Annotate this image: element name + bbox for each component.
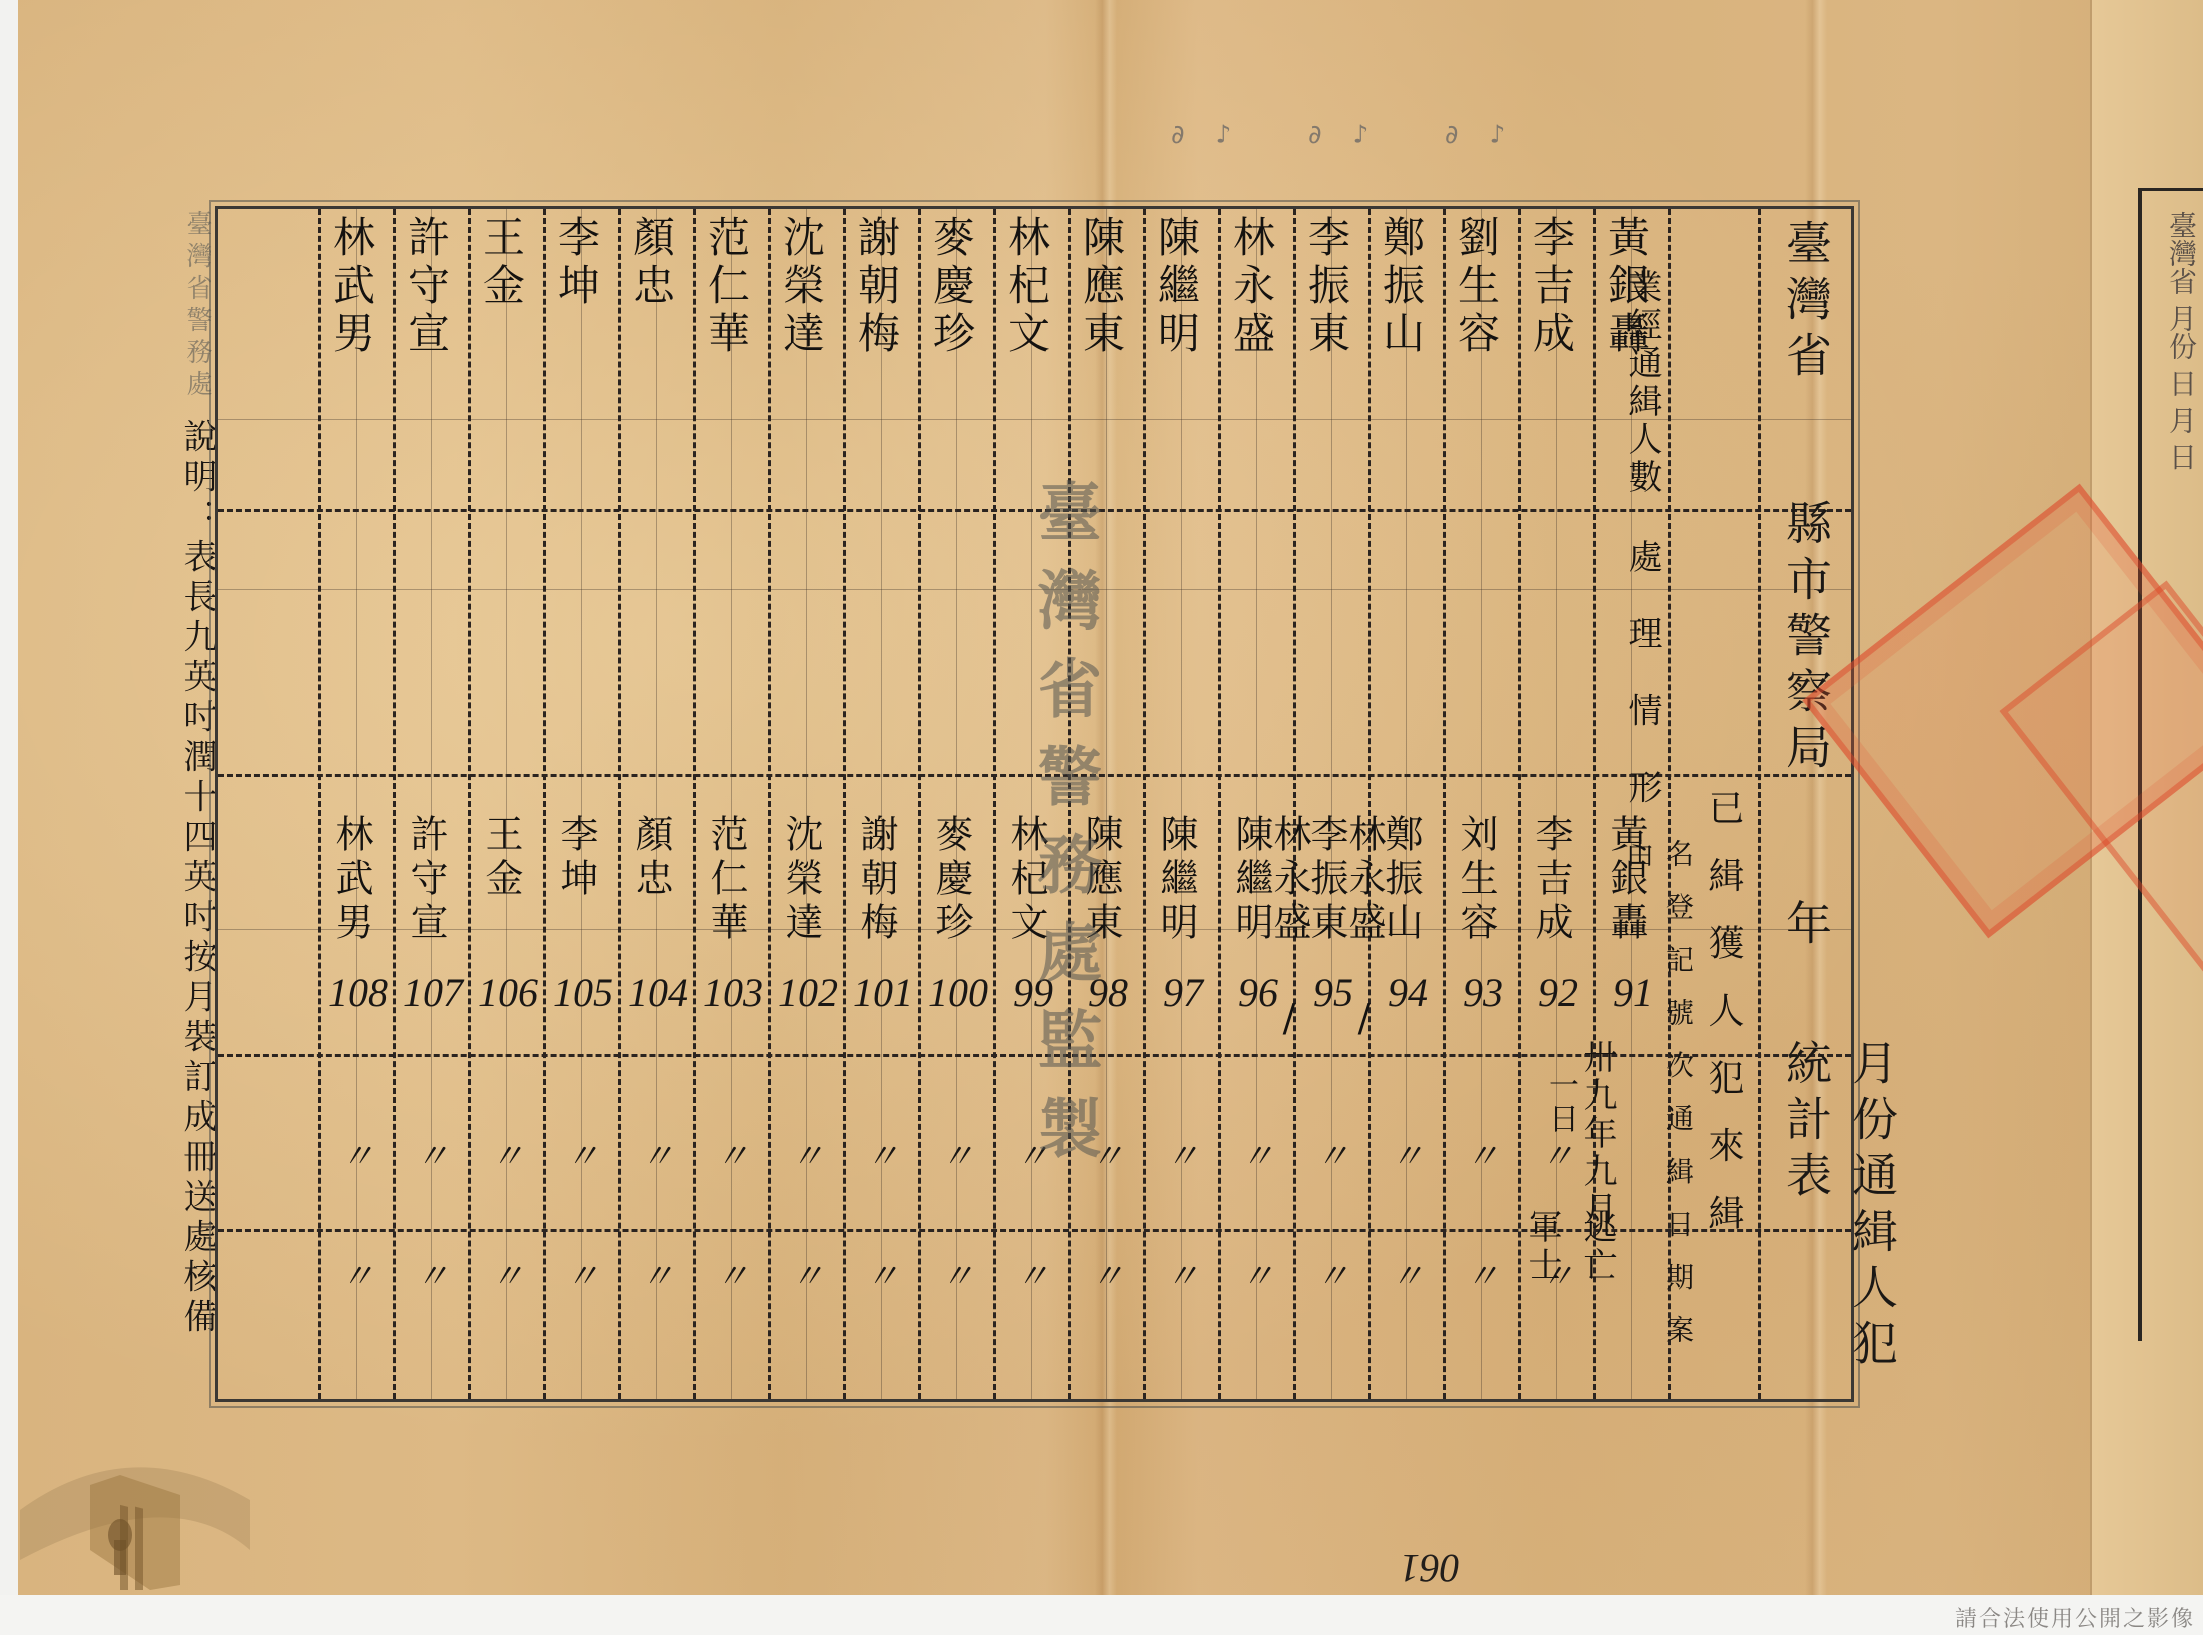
header-bureau: 縣市警察局 xyxy=(1773,499,1839,779)
column-divider xyxy=(543,209,546,1399)
record-name: 沈榮達 xyxy=(782,814,820,1054)
column-divider xyxy=(393,209,396,1399)
record-number: 92 xyxy=(1518,969,1598,1016)
ditto-mark-remark: 〃 xyxy=(1315,1249,1349,1298)
wanted-date-day: 一日 xyxy=(1538,1069,1582,1137)
ditto-mark-remark: 〃 xyxy=(940,1249,974,1298)
record-name: 許守宣 xyxy=(407,814,445,1054)
wanted-reason-2: 軍士 xyxy=(1518,1209,1567,1285)
record-number: 104 xyxy=(618,969,698,1016)
printed-form-title: 臺灣省警務處監製 xyxy=(1018,479,1110,1183)
side-note-handwritten: 說明：表長九英吋潤十四英吋按月裝訂成冊送處核備 xyxy=(177,419,217,1339)
ditto-mark-handling: 〃 xyxy=(1240,1129,1274,1178)
side-note-printed: 臺灣省警務處 xyxy=(182,210,212,402)
column-divider xyxy=(1443,209,1446,1399)
ditto-mark-remark: 〃 xyxy=(1240,1249,1274,1298)
record-name: 麥慶珍 xyxy=(932,814,970,1054)
column-divider xyxy=(318,209,321,1399)
ditto-mark-handling: 〃 xyxy=(490,1129,524,1178)
ditto-mark-handling: 〃 xyxy=(1465,1129,1499,1178)
column-divider xyxy=(1368,209,1371,1399)
record-number: 96 xyxy=(1218,969,1298,1016)
ditto-mark-handling: 〃 xyxy=(640,1129,674,1178)
column-divider xyxy=(918,209,921,1399)
top-name-cell: 劉生容 xyxy=(1455,215,1497,455)
record-name: 王金 xyxy=(482,814,520,1054)
top-name-cell: 林永盛 xyxy=(1230,215,1272,455)
record-name: 鄭振山 xyxy=(1382,814,1420,1054)
ditto-mark-handling: 〃 xyxy=(865,1129,899,1178)
column-divider xyxy=(768,209,771,1399)
record-name: 林永盛 / 李振東 xyxy=(1307,814,1383,1054)
record-number: 105 xyxy=(543,969,623,1016)
column-divider xyxy=(1218,209,1221,1399)
record-name: 陳繼明 xyxy=(1157,814,1195,1054)
record-name: 林武男 xyxy=(332,814,370,1054)
ditto-mark-handling: 〃 xyxy=(1165,1129,1199,1178)
ditto-mark-remark: 〃 xyxy=(1165,1249,1199,1298)
record-number: 108 xyxy=(318,969,398,1016)
record-name: 范仁華 xyxy=(707,814,745,1054)
column-divider xyxy=(993,209,996,1399)
ditto-mark-remark: 〃 xyxy=(640,1249,674,1298)
column-divider xyxy=(468,209,471,1399)
ditto-mark-handling: 〃 xyxy=(940,1129,974,1178)
ditto-mark-handling: 〃 xyxy=(715,1129,749,1178)
top-name-cell: 林武男 xyxy=(330,215,372,455)
page-number: 061 xyxy=(1400,1545,1460,1592)
record-number: 103 xyxy=(693,969,773,1016)
record-name: 顏忠 xyxy=(632,814,670,1054)
record-name: 謝朝梅 xyxy=(857,814,895,1054)
record-name: 李坤 xyxy=(557,814,595,1054)
top-name-cell: 許守宣 xyxy=(405,215,447,455)
header-month-title: 月份通緝人犯統計表 xyxy=(1773,1039,1905,1399)
column-divider xyxy=(618,209,621,1399)
ditto-mark-handling: 〃 xyxy=(340,1129,374,1178)
ditto-mark-remark: 〃 xyxy=(1015,1249,1049,1298)
top-name-cell: 李吉成 xyxy=(1530,215,1572,455)
header-col-1: 已 緝 獲 人 犯 來 緝 xyxy=(1698,789,1749,1240)
top-name-cell: 范仁華 xyxy=(705,215,747,455)
record-number: 106 xyxy=(468,969,548,1016)
top-name-cell: 謝朝梅 xyxy=(855,215,897,455)
header-col-count: 業經通緝人數 xyxy=(1618,269,1667,497)
record-number: 101 xyxy=(843,969,923,1016)
ditto-mark-remark: 〃 xyxy=(1390,1249,1424,1298)
scan-margin xyxy=(0,1595,2203,1635)
ditto-mark-remark: 〃 xyxy=(415,1249,449,1298)
ditto-mark-handling: 〃 xyxy=(415,1129,449,1178)
column-divider xyxy=(1143,209,1146,1399)
record-number: 107 xyxy=(393,969,473,1016)
ditto-mark-remark: 〃 xyxy=(565,1249,599,1298)
top-name-cell: 陳繼明 xyxy=(1155,215,1197,455)
top-name-cell: 顏忠 xyxy=(630,215,672,455)
column-divider xyxy=(843,209,846,1399)
side-note: 臺灣省警務處 說明：表長九英吋潤十四英吋按月裝訂成冊送處核備 xyxy=(180,210,214,1339)
record-number: 100 xyxy=(918,969,998,1016)
ditto-mark-handling: 〃 xyxy=(1390,1129,1424,1178)
ditto-mark-remark: 〃 xyxy=(1465,1249,1499,1298)
top-name-cell: 鄭振山 xyxy=(1380,215,1422,455)
ditto-mark-remark: 〃 xyxy=(715,1249,749,1298)
record-name: 林永盛 / 陳繼明 xyxy=(1232,814,1308,1054)
top-name-cell: 麥慶珍 xyxy=(930,215,972,455)
ditto-mark-remark: 〃 xyxy=(340,1249,374,1298)
archive-logo-icon xyxy=(20,1440,250,1590)
ditto-mark-remark: 〃 xyxy=(790,1249,824,1298)
wanted-reason: 逃亡 xyxy=(1573,1209,1622,1285)
header-col-handling: 處 理 情 形 xyxy=(1618,539,1667,819)
adjacent-page-text: 臺灣省 月份 日 月 日 xyxy=(2158,211,2198,471)
header-year-label: 年 xyxy=(1773,899,1839,955)
top-name-cell: 李振東 xyxy=(1305,215,1347,455)
column-divider xyxy=(1293,209,1296,1399)
ditto-mark-remark: 〃 xyxy=(1090,1249,1124,1298)
usage-watermark: 請合法使用公開之影像 xyxy=(1955,1602,2195,1633)
record-name: 刘生容 xyxy=(1457,814,1495,1054)
header-col-number: 名 登 記 號 次 通 緝 日 期 案 由 xyxy=(1618,839,1698,1399)
ditto-mark-remark: 〃 xyxy=(490,1249,524,1298)
ditto-mark-handling: 〃 xyxy=(1315,1129,1349,1178)
ditto-mark-handling: 〃 xyxy=(790,1129,824,1178)
record-number: 102 xyxy=(768,969,848,1016)
column-divider xyxy=(693,209,696,1399)
statistics-table: 黃銀轟黃銀轟91李吉成李吉成92〃〃劉生容刘生容93〃〃鄭振山鄭振山94〃〃李振… xyxy=(215,206,1854,1402)
record-number: 93 xyxy=(1443,969,1523,1016)
top-name-cell: 林杞文 xyxy=(1005,215,1047,455)
ditto-mark-remark: 〃 xyxy=(865,1249,899,1298)
record-name: 李吉成 xyxy=(1532,814,1570,1054)
pencil-marks: ∂♪ ∂♪ ∂♪ xyxy=(1170,120,1535,150)
top-name-cell: 李坤 xyxy=(555,215,597,455)
ditto-mark-handling: 〃 xyxy=(565,1129,599,1178)
top-name-cell: 陳應東 xyxy=(1080,215,1122,455)
top-name-cell: 沈榮達 xyxy=(780,215,822,455)
top-name-cell: 王金 xyxy=(480,215,522,455)
header-divider xyxy=(1758,209,1761,1399)
record-number: 97 xyxy=(1143,969,1223,1016)
